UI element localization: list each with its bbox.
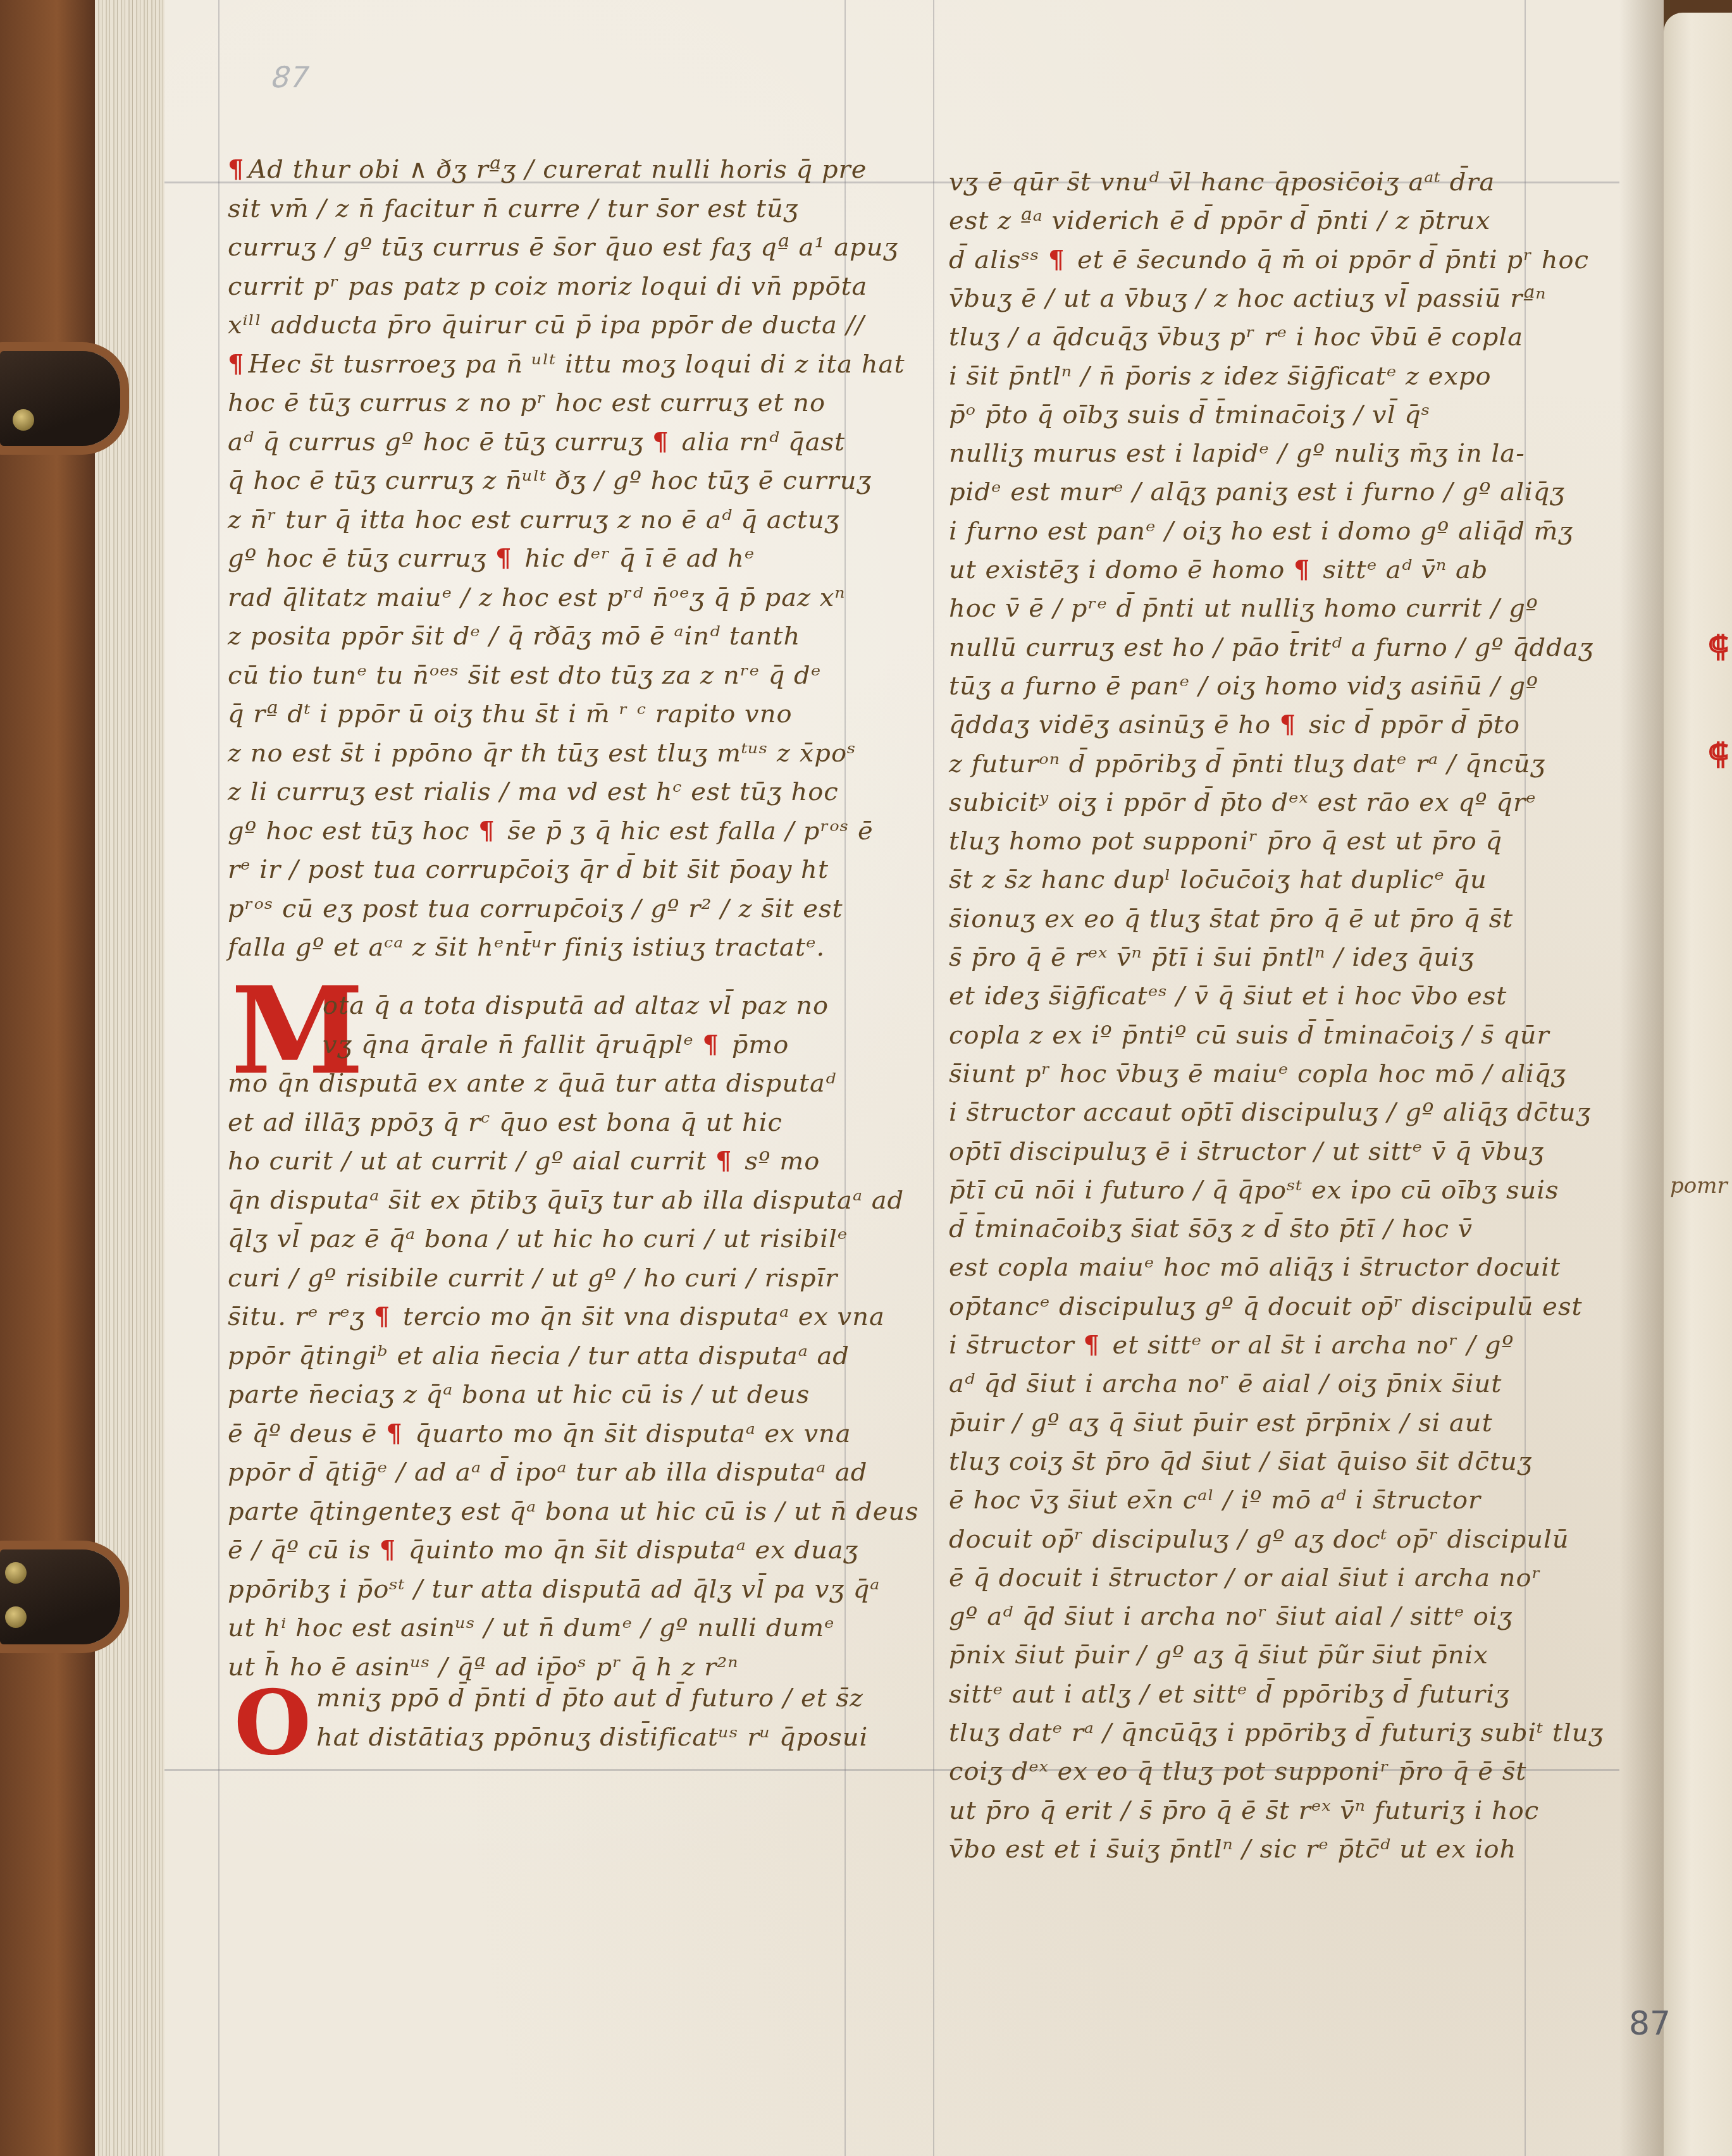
line-text: Hec s̄t tusrroeʒ pa n̄ ᵘˡᵗ ittu moʒ loqu… xyxy=(248,350,905,379)
line-text: z no est s̄t i ppōno q̄r th tūʒ est tl… xyxy=(228,739,857,768)
rubric-paragraph-mark: ¶ xyxy=(380,1535,396,1565)
rubric-paragraph-mark: ¶ xyxy=(652,427,669,457)
line-text: ppōr d̄ q̄tiḡᵉ / ad aᵃ d̄ ipoᵃ tur ab … xyxy=(228,1458,867,1487)
text-line: currit pʳ pas patz p coiz moriz loqui di… xyxy=(228,274,867,299)
text-line: parte q̄tingenteʒ est q̄ᵃ bona ut hic cu… xyxy=(228,1499,919,1524)
line-text: hoc ē tūʒ currus z no pʳ hoc est curru… xyxy=(228,388,826,417)
rubric-paragraph-mark: ¶ xyxy=(1048,245,1065,274)
line-text: p̄ᵒ p̄to q̄ oībʒ suis d̄ t̄minac̄oiʒ / … xyxy=(949,400,1430,429)
line-text: ē q̄º deus ē xyxy=(228,1419,386,1448)
line-text: p̄uir / gº aʒ q̄ s̄iut p̄uir est p̄rp̄ni… xyxy=(949,1408,1493,1438)
line-text: ppōribʒ i p̄oˢᵗ / tur atta disputā ad … xyxy=(228,1575,880,1604)
text-line: ¶Ad thur obi ∧ ðʒ rªʒ / curerat nulli ho… xyxy=(228,157,867,182)
line-text: tluʒ coiʒ s̄t p̄ro q̄d s̄iut / s̄iat q̄u… xyxy=(949,1447,1532,1476)
gutter-shadow xyxy=(1619,0,1670,2156)
text-line: parte n̄eciaʒ z q̄ᵃ bona ut hic cū is /… xyxy=(228,1382,810,1407)
page-stack-edge xyxy=(95,0,164,2156)
text-line: gº aᵈ q̄d s̄iut i archa noʳ s̄iut aial /… xyxy=(949,1604,1512,1629)
rubric-paragraph-mark: ¶ xyxy=(478,816,495,846)
line-text: tercio mo q̄n s̄it vna disputaᵃ ex vna xyxy=(394,1302,885,1331)
line-text: sit vm̄ / z n̄ facitur n̄ curre / tur s̄… xyxy=(228,194,798,223)
clasp-rivet xyxy=(13,409,34,431)
line-text: subicitʸ oiʒ i ppōr d̄ p̄to dᵉˣ est rā… xyxy=(949,788,1537,817)
line-text: ē q̄ docuit i s̄tructor / or aial s̄iut… xyxy=(949,1563,1541,1592)
line-text: tluʒ datᵉ rᵃ / q̄ncūq̄ʒ i ppōribʒ d̄ f… xyxy=(949,1718,1604,1747)
text-line: hoc v̄ ē / pʳᵉ d̄ p̄nti ut nulliʒ homo … xyxy=(949,596,1538,621)
text-line: op̄tancᵉ discipuluʒ gº q̄ docuit op̄ʳ di… xyxy=(949,1294,1583,1319)
text-line: ut existēʒ i domo ē homo ¶ sittᵉ aᵈ v̄… xyxy=(949,557,1488,582)
text-line: p̄uir / gº aʒ q̄ s̄iut p̄uir est p̄rp̄ni… xyxy=(949,1410,1493,1436)
line-text: rᵉ ir / post tua corrupc̄oiʒ q̄r d̄ bit … xyxy=(228,855,829,884)
line-text: falla gº et aᶜᵃ z s̄it hᵉnt̄ᵘr finiʒ ist… xyxy=(228,933,825,962)
line-text: parte q̄tingenteʒ est q̄ᵃ bona ut hic cu… xyxy=(228,1497,919,1526)
text-line: tluʒ datᵉ rᵃ / q̄ncūq̄ʒ i ppōribʒ d̄ f… xyxy=(949,1720,1604,1746)
line-text: ē hoc v̄ʒ s̄iut ex̄n cᵃˡ / iº mō aᵈ i … xyxy=(949,1486,1481,1515)
rubric-paragraph-mark: ¶ xyxy=(228,349,244,379)
line-text: vʒ ē qūr s̄t vnuᵈ v̄l hanc q̄posic̄oiʒ… xyxy=(949,168,1495,197)
line-text: tluʒ homo pot supponiʳ p̄ro q̄ est ut p̄… xyxy=(949,827,1502,856)
text-line: z futurᵒⁿ d̄ ppōribʒ d̄ p̄nti tluʒ datᵉ… xyxy=(949,751,1545,777)
text-line: i s̄tructor ¶ et sittᵉ or al s̄t i archa… xyxy=(949,1333,1514,1358)
line-text: hic dᵉʳ q̄ ī ē ad hᵉ xyxy=(516,544,755,573)
text-line: tluʒ / a q̄dcuq̄ʒ v̄buʒ pʳ rᵉ i hoc v̄bu… xyxy=(949,324,1523,350)
line-text: ē / q̄º cū is xyxy=(228,1536,380,1565)
line-text: est copla maiuᵉ hoc mō aliq̄ʒ i s̄truct… xyxy=(949,1253,1561,1282)
book-cover-leather xyxy=(0,0,95,2156)
text-line: q̄ rª dᵗ i ppōr ū oiʒ thu s̄t i m̄ ʳ ᶜ… xyxy=(228,701,793,727)
text-line: gº hoc ē tūʒ curruʒ ¶ hic dᵉʳ q̄ ī ē… xyxy=(228,546,755,571)
rubric-paragraph-mark: ¶ xyxy=(1280,710,1296,739)
line-text: s̄ionuʒ ex eo q̄ tluʒ s̄tat p̄ro q̄ ē u… xyxy=(949,904,1513,933)
rubric-paragraph-mark: ¶ xyxy=(715,1146,732,1176)
text-line: ppōribʒ i p̄oˢᵗ / tur atta disputā ad … xyxy=(228,1577,880,1602)
text-line: op̄tī discipuluʒ ē i s̄tructor / ut si… xyxy=(949,1139,1544,1164)
text-line: sittᵉ aut i atlʒ / et sittᵉ d̄ ppōribʒ … xyxy=(949,1682,1510,1707)
line-text: et ad illāʒ ppōʒ q̄ rᶜ q̄uo est bona q… xyxy=(228,1108,782,1137)
rubric-paragraph-mark: ¶ xyxy=(228,154,244,184)
text-line: d̄ t̄minac̄oibʒ s̄iat s̄ōʒ z d̄ s̄to p̄… xyxy=(949,1216,1473,1241)
line-text: z li curruʒ est rialis / ma vd est hᶜ es… xyxy=(228,777,839,806)
rubric-paragraph-mark: ¶ xyxy=(374,1302,390,1331)
clasp-rivet xyxy=(5,1606,27,1628)
line-text: s̄itu. rᵉ rᵉʒ xyxy=(228,1302,374,1331)
line-text: s̄ p̄ro q̄ ē rᵉˣ v̄ⁿ p̄tī i s̄ui p̄ntl… xyxy=(949,943,1474,972)
rubric-paragraph-mark: ¶ xyxy=(1083,1330,1099,1360)
line-text: p̄tī cū nōi i futuro / q̄ q̄poˢᵗ ex i… xyxy=(949,1176,1559,1205)
text-line: q̄ddaʒ vidēʒ asinūʒ ē ho ¶ sic d̄ ppo… xyxy=(949,712,1520,737)
text-line: curruʒ / gº tūʒ currus ē s̄or q̄uo est… xyxy=(228,235,898,260)
line-text: q̄uarto mo q̄n s̄it disputaᵃ ex vna xyxy=(407,1419,851,1448)
line-text: rad q̄litatz maiuᵉ / z hoc est pʳᵈ n̄ᵒᵉʒ… xyxy=(228,583,846,612)
text-line: z no est s̄t i ppōno q̄r th tūʒ est tl… xyxy=(228,741,857,766)
line-text: i furno est panᵉ / oiʒ ho est i domo gº … xyxy=(949,517,1573,546)
line-text: mniʒ ppō d̄ p̄nti d̄ p̄to aut d̄ futuro… xyxy=(316,1684,863,1713)
line-text: q̄ rª dᵗ i ppōr ū oiʒ thu s̄t i m̄ ʳ ᶜ… xyxy=(228,699,793,729)
text-line: rᵉ ir / post tua corrupc̄oiʒ q̄r d̄ bit … xyxy=(228,857,829,882)
text-line: s̄iunt pʳ hoc v̄buʒ ē maiuᵉ copla hoc m… xyxy=(949,1061,1566,1087)
text-line: ho curit / ut at currit / gº aial currit… xyxy=(228,1149,820,1174)
text-line: est copla maiuᵉ hoc mō aliq̄ʒ i s̄truct… xyxy=(949,1255,1561,1280)
ruling-line xyxy=(218,0,220,2156)
line-text: ut p̄ro q̄ erit / s̄ p̄ro q̄ ē s̄t rᵉˣ … xyxy=(949,1796,1539,1825)
line-text: s̄e p̄ ʒ q̄ hic est falla / pʳᵒˢ ē xyxy=(499,816,874,846)
text-line: v̄buʒ ē / ut a v̄buʒ / z hoc actiuʒ vl̄… xyxy=(949,286,1547,311)
line-text: v̄bo est et i s̄uiʒ p̄ntlⁿ / sic rᵉ p̄tc… xyxy=(949,1835,1516,1864)
text-line: subicitʸ oiʒ i ppōr d̄ p̄to dᵉˣ est rā… xyxy=(949,790,1537,815)
text-line: s̄ionuʒ ex eo q̄ tluʒ s̄tat p̄ro q̄ ē u… xyxy=(949,906,1513,932)
text-line: docuit op̄ʳ discipuluʒ / gº aʒ docᵗ op̄ʳ… xyxy=(949,1527,1569,1552)
line-text: z futurᵒⁿ d̄ ppōribʒ d̄ p̄nti tluʒ datᵉ… xyxy=(949,749,1545,779)
text-line: mo q̄n disputā ex ante z q̄uā tur atta… xyxy=(228,1071,836,1096)
text-line: v̄bo est et i s̄uiʒ p̄ntlⁿ / sic rᵉ p̄tc… xyxy=(949,1837,1516,1862)
facing-page-number: 87 xyxy=(1629,2005,1671,2043)
text-line: s̄ p̄ro q̄ ē rᵉˣ v̄ⁿ p̄tī i s̄ui p̄ntl… xyxy=(949,945,1474,970)
line-text: sittᵉ aᵈ v̄ⁿ ab xyxy=(1314,555,1488,584)
line-text: hat distātiaʒ ppōnuʒ dist̄ificatᵘˢ rᵘ … xyxy=(316,1723,868,1752)
line-text: gº hoc ē tūʒ curruʒ xyxy=(228,544,495,573)
line-text: xⁱˡˡ adducta p̄ro q̄uirur cū p̄ ipa ppo… xyxy=(228,311,865,340)
line-text: nullū curruʒ est ho / pāo t̄ritᵈ a fur… xyxy=(949,633,1593,662)
line-text: p̄mo xyxy=(723,1030,789,1059)
line-text: tluʒ / a q̄dcuq̄ʒ v̄buʒ pʳ rᵉ i hoc v̄bu… xyxy=(949,323,1523,352)
line-text: op̄tī discipuluʒ ē i s̄tructor / ut si… xyxy=(949,1137,1544,1166)
text-line: i s̄tructor accaut op̄tī discipuluʒ / g… xyxy=(949,1100,1591,1125)
text-line: tluʒ coiʒ s̄t p̄ro q̄d s̄iut / s̄iat q̄u… xyxy=(949,1449,1532,1474)
text-line: ppōr q̄tingiᵇ et alia n̄ecia / tur atta… xyxy=(228,1343,850,1369)
line-text: vʒ q̄na q̄rale n̄ fallit q̄ruq̄plᵉ xyxy=(323,1030,703,1059)
line-text: tūʒ a furno ē panᵉ / oiʒ homo vidʒ asi… xyxy=(949,672,1538,701)
line-text: q̄ hoc ē tūʒ curruʒ z n̄ᵘˡᵗ ðʒ / gº ho… xyxy=(228,466,872,495)
text-line: ē hoc v̄ʒ s̄iut ex̄n cᵃˡ / iº mō aᵈ i … xyxy=(949,1488,1481,1513)
line-text: currit pʳ pas patz p coiz moriz loqui di… xyxy=(228,272,867,301)
line-text: gº aᵈ q̄d s̄iut i archa noʳ s̄iut aial /… xyxy=(949,1602,1512,1631)
text-line: ¶Hec s̄t tusrroeʒ pa n̄ ᵘˡᵗ ittu moʒ loq… xyxy=(228,352,905,377)
rubric-paragraph-mark: ¶ xyxy=(1294,555,1310,584)
line-text: ut hⁱ hoc est asinᵘˢ / ut n̄ dumᵉ / gº n… xyxy=(228,1613,835,1642)
text-line: sit vm̄ / z n̄ facitur n̄ curre / tur s̄… xyxy=(228,196,798,221)
rubric-paragraph-mark: ¶ xyxy=(703,1030,719,1059)
text-line: tūʒ a furno ē panᵉ / oiʒ homo vidʒ asi… xyxy=(949,674,1538,699)
line-text: d̄ alisˢˢ xyxy=(949,245,1048,274)
text-line: s̄t z s̄z hanc dupˡ loc̄uc̄oiʒ hat dupli… xyxy=(949,867,1487,892)
text-line: aᵈ q̄ currus gº hoc ē tūʒ curruʒ ¶ ali… xyxy=(228,429,845,455)
text-line: nulliʒ murus est i lapidᵉ / gº nuliʒ m̄ʒ… xyxy=(949,441,1525,466)
line-text: docuit op̄ʳ discipuluʒ / gº aʒ docᵗ op̄ʳ… xyxy=(949,1525,1569,1554)
line-text: sittᵉ aut i atlʒ / et sittᵉ d̄ ppōribʒ … xyxy=(949,1680,1510,1709)
line-text: p̄nix s̄iut p̄uir / gº aʒ q̄ s̄iut p̄ũr… xyxy=(949,1641,1488,1670)
line-text: et sittᵉ or al s̄t i archa noʳ / gº xyxy=(1104,1331,1514,1360)
text-line: ppōr d̄ q̄tiḡᵉ / ad aᵃ d̄ ipoᵃ tur ab … xyxy=(228,1460,867,1485)
text-line: ota q̄ a tota disputā ad altaz vl̄ paz … xyxy=(323,993,829,1018)
line-text: mo q̄n disputā ex ante z q̄uā tur atta… xyxy=(228,1069,836,1098)
text-line: ut hⁱ hoc est asinᵘˢ / ut n̄ dumᵉ / gº n… xyxy=(228,1615,835,1641)
text-line: i furno est panᵉ / oiʒ ho est i domo gº … xyxy=(949,519,1573,544)
text-line: aᵈ q̄d s̄iut i archa noʳ ē aial / oiʒ p… xyxy=(949,1371,1502,1396)
line-text: q̄uinto mo q̄n s̄it disputaᵃ ex duaʒ xyxy=(400,1536,858,1565)
text-line: z n̄ʳ tur q̄ itta hoc est curruʒ z no ē… xyxy=(228,507,839,533)
facing-red-paragraph-mark: ⸿ xyxy=(1708,626,1729,665)
text-line: d̄ alisˢˢ ¶ et ē s̄ecundo q̄ m̄ oi ppō… xyxy=(949,247,1589,273)
text-line: tluʒ homo pot supponiʳ p̄ro q̄ est ut p̄… xyxy=(949,829,1502,854)
line-text: i s̄tructor xyxy=(949,1331,1083,1360)
upper-clasp xyxy=(0,351,120,446)
line-text: curruʒ / gº tūʒ currus ē s̄or q̄uo est… xyxy=(228,233,898,262)
rubric-paragraph-mark: ¶ xyxy=(386,1419,402,1448)
line-text: ppōr q̄tingiᵇ et alia n̄ecia / tur atta… xyxy=(228,1341,850,1371)
line-text: q̄ddaʒ vidēʒ asinūʒ ē ho xyxy=(949,710,1280,739)
line-text: Ad thur obi ∧ ðʒ rªʒ / curerat nulli hor… xyxy=(248,155,867,184)
text-line: gº hoc est tūʒ hoc ¶ s̄e p̄ ʒ q̄ hic es… xyxy=(228,818,874,844)
line-text: hoc v̄ ē / pʳᵉ d̄ p̄nti ut nulliʒ homo … xyxy=(949,594,1538,623)
text-line: ē / q̄º cū is ¶ q̄uinto mo q̄n s̄it di… xyxy=(228,1537,858,1563)
line-text: d̄ t̄minac̄oibʒ s̄iat s̄ōʒ z d̄ s̄to p̄… xyxy=(949,1214,1473,1243)
line-text: gº hoc est tūʒ hoc xyxy=(228,816,478,846)
line-text: parte n̄eciaʒ z q̄ᵃ bona ut hic cū is /… xyxy=(228,1380,810,1409)
line-text: aᵈ q̄ currus gº hoc ē tūʒ curruʒ xyxy=(228,428,652,457)
text-line: s̄itu. rᵉ rᵉʒ ¶ tercio mo q̄n s̄it vna d… xyxy=(228,1304,885,1329)
text-line: ē q̄ docuit i s̄tructor / or aial s̄iut… xyxy=(949,1565,1541,1591)
margin-note: pomr xyxy=(1670,1173,1728,1198)
line-text: ota q̄ a tota disputā ad altaz vl̄ paz … xyxy=(323,991,829,1020)
text-line: p̄nix s̄iut p̄uir / gº aʒ q̄ s̄iut p̄ũr… xyxy=(949,1642,1488,1668)
line-text: ut existēʒ i domo ē homo xyxy=(949,555,1294,584)
line-text: cū tio tunᵉ tu n̄ᵒᵉˢ s̄it est dto tūʒ … xyxy=(228,661,821,690)
line-text: i s̄it p̄ntlⁿ / n̄ p̄oris z idez s̄iḡfi… xyxy=(949,362,1492,391)
text-line: q̄ hoc ē tūʒ curruʒ z n̄ᵘˡᵗ ðʒ / gº ho… xyxy=(228,468,872,493)
text-line: i s̄it p̄ntlⁿ / n̄ p̄oris z idez s̄iḡfi… xyxy=(949,364,1492,389)
line-text: v̄buʒ ē / ut a v̄buʒ / z hoc actiuʒ vl̄… xyxy=(949,284,1547,313)
text-line: copla z ex iº p̄ntiº cū suis d̄ t̄minac… xyxy=(949,1023,1550,1048)
line-text: et ideʒ s̄iḡficatᵉˢ / v̄ q̄ s̄iut et i … xyxy=(949,982,1507,1011)
text-line: falla gº et aᶜᵃ z s̄it hᵉnt̄ᵘr finiʒ ist… xyxy=(228,935,825,960)
line-text: ho curit / ut at currit / gº aial currit xyxy=(228,1147,715,1176)
clasp-rivet xyxy=(5,1562,27,1584)
line-text: curi / gº risibile currit / ut gº / ho c… xyxy=(228,1264,838,1293)
rubric-paragraph-mark: ¶ xyxy=(495,543,512,573)
line-text: aᵈ q̄d s̄iut i archa noʳ ē aial / oiʒ p… xyxy=(949,1369,1502,1398)
line-text: q̄lʒ vl̄ paz ē q̄ᵃ bona / ut hic ho cur… xyxy=(228,1224,848,1254)
text-line: q̄lʒ vl̄ paz ē q̄ᵃ bona / ut hic ho cur… xyxy=(228,1226,848,1252)
line-text: i s̄tructor accaut op̄tī discipuluʒ / g… xyxy=(949,1098,1591,1127)
line-text: coiʒ dᵉˣ ex eo q̄ tluʒ pot supponiʳ p̄ro… xyxy=(949,1757,1526,1786)
line-text: pidᵉ est murᵉ / alq̄ʒ paniʒ est i furno … xyxy=(949,477,1565,507)
text-line: z li curruʒ est rialis / ma vd est hᶜ es… xyxy=(228,779,839,804)
facing-page xyxy=(1664,13,1732,2156)
line-text: s̄iunt pʳ hoc v̄buʒ ē maiuᵉ copla hoc m… xyxy=(949,1059,1566,1088)
text-line: et ideʒ s̄iḡficatᵉˢ / v̄ q̄ s̄iut et i … xyxy=(949,983,1507,1009)
text-line: ē q̄º deus ē ¶ q̄uarto mo q̄n s̄it dis… xyxy=(228,1421,851,1446)
text-line: cū tio tunᵉ tu n̄ᵒᵉˢ s̄it est dto tūʒ … xyxy=(228,663,821,688)
text-line: p̄tī cū nōi i futuro / q̄ q̄poˢᵗ ex i… xyxy=(949,1178,1559,1203)
text-line: hat distātiaʒ ppōnuʒ dist̄ificatᵘˢ rᵘ … xyxy=(316,1725,868,1750)
line-text: sº mo xyxy=(736,1147,820,1176)
line-text: s̄t z s̄z hanc dupˡ loc̄uc̄oiʒ hat dupli… xyxy=(949,865,1487,894)
line-text: alia rnᵈ q̄ast xyxy=(673,428,845,457)
text-line: p̄ᵒ p̄to q̄ oībʒ suis d̄ t̄minac̄oiʒ / … xyxy=(949,402,1430,428)
line-text: sic d̄ ppōr d̄ p̄to xyxy=(1300,710,1520,739)
text-line: hoc ē tūʒ currus z no pʳ hoc est curru… xyxy=(228,390,826,416)
text-line: xⁱˡˡ adducta p̄ro q̄uirur cū p̄ ipa ppo… xyxy=(228,312,865,338)
initial-letter-o: O xyxy=(234,1682,311,1765)
lower-clasp xyxy=(0,1549,120,1644)
text-line: pʳᵒˢ cū eʒ post tua corrupc̄oiʒ / gº r²… xyxy=(228,896,843,921)
facing-red-paragraph-mark: ⸿ xyxy=(1708,734,1729,773)
text-line: vʒ ē qūr s̄t vnuᵈ v̄l hanc q̄posic̄oiʒ… xyxy=(949,169,1495,195)
line-text: nulliʒ murus est i lapidᵉ / gº nuliʒ m̄ʒ… xyxy=(949,439,1525,468)
line-text: op̄tancᵉ discipuluʒ gº q̄ docuit op̄ʳ di… xyxy=(949,1292,1583,1321)
line-text: pʳᵒˢ cū eʒ post tua corrupc̄oiʒ / gº r²… xyxy=(228,894,843,923)
text-line: vʒ q̄na q̄rale n̄ fallit q̄ruq̄plᵉ ¶ p̄m… xyxy=(323,1032,789,1057)
text-line: pidᵉ est murᵉ / alq̄ʒ paniʒ est i furno … xyxy=(949,479,1565,505)
ruling-line xyxy=(933,0,934,2156)
text-line: z posita ppōr s̄it dᵉ / q̄ rðāʒ mō ē… xyxy=(228,624,800,649)
line-text: q̄n disputaᵃ s̄it ex p̄tibʒ q̄uīʒ tur a… xyxy=(228,1186,904,1215)
text-line: q̄n disputaᵃ s̄it ex p̄tibʒ q̄uīʒ tur a… xyxy=(228,1188,904,1213)
text-line: ut p̄ro q̄ erit / s̄ p̄ro q̄ ē s̄t rᵉˣ … xyxy=(949,1798,1539,1823)
line-text: copla z ex iº p̄ntiº cū suis d̄ t̄minac… xyxy=(949,1021,1550,1050)
text-line: coiʒ dᵉˣ ex eo q̄ tluʒ pot supponiʳ p̄ro… xyxy=(949,1759,1526,1784)
text-line: curi / gº risibile currit / ut gº / ho c… xyxy=(228,1266,838,1291)
line-text: z posita ppōr s̄it dᵉ / q̄ rðāʒ mō ē… xyxy=(228,622,800,651)
line-text: z n̄ʳ tur q̄ itta hoc est curruʒ z no ē… xyxy=(228,505,839,534)
text-line: mniʒ ppō d̄ p̄nti d̄ p̄to aut d̄ futuro… xyxy=(316,1685,863,1711)
text-line: et ad illāʒ ppōʒ q̄ rᶜ q̄uo est bona q… xyxy=(228,1110,782,1135)
line-text: est z ªᵃ viderich ē d̄ ppōr d̄ p̄nti /… xyxy=(949,206,1490,235)
text-line: rad q̄litatz maiuᵉ / z hoc est pʳᵈ n̄ᵒᵉʒ… xyxy=(228,585,846,610)
line-text: et ē s̄ecundo q̄ m̄ oi ppōr d̄ p̄nti p… xyxy=(1068,245,1589,274)
text-line: nullū curruʒ est ho / pāo t̄ritᵈ a fur… xyxy=(949,635,1593,660)
text-line: est z ªᵃ viderich ē d̄ ppōr d̄ p̄nti /… xyxy=(949,208,1490,233)
